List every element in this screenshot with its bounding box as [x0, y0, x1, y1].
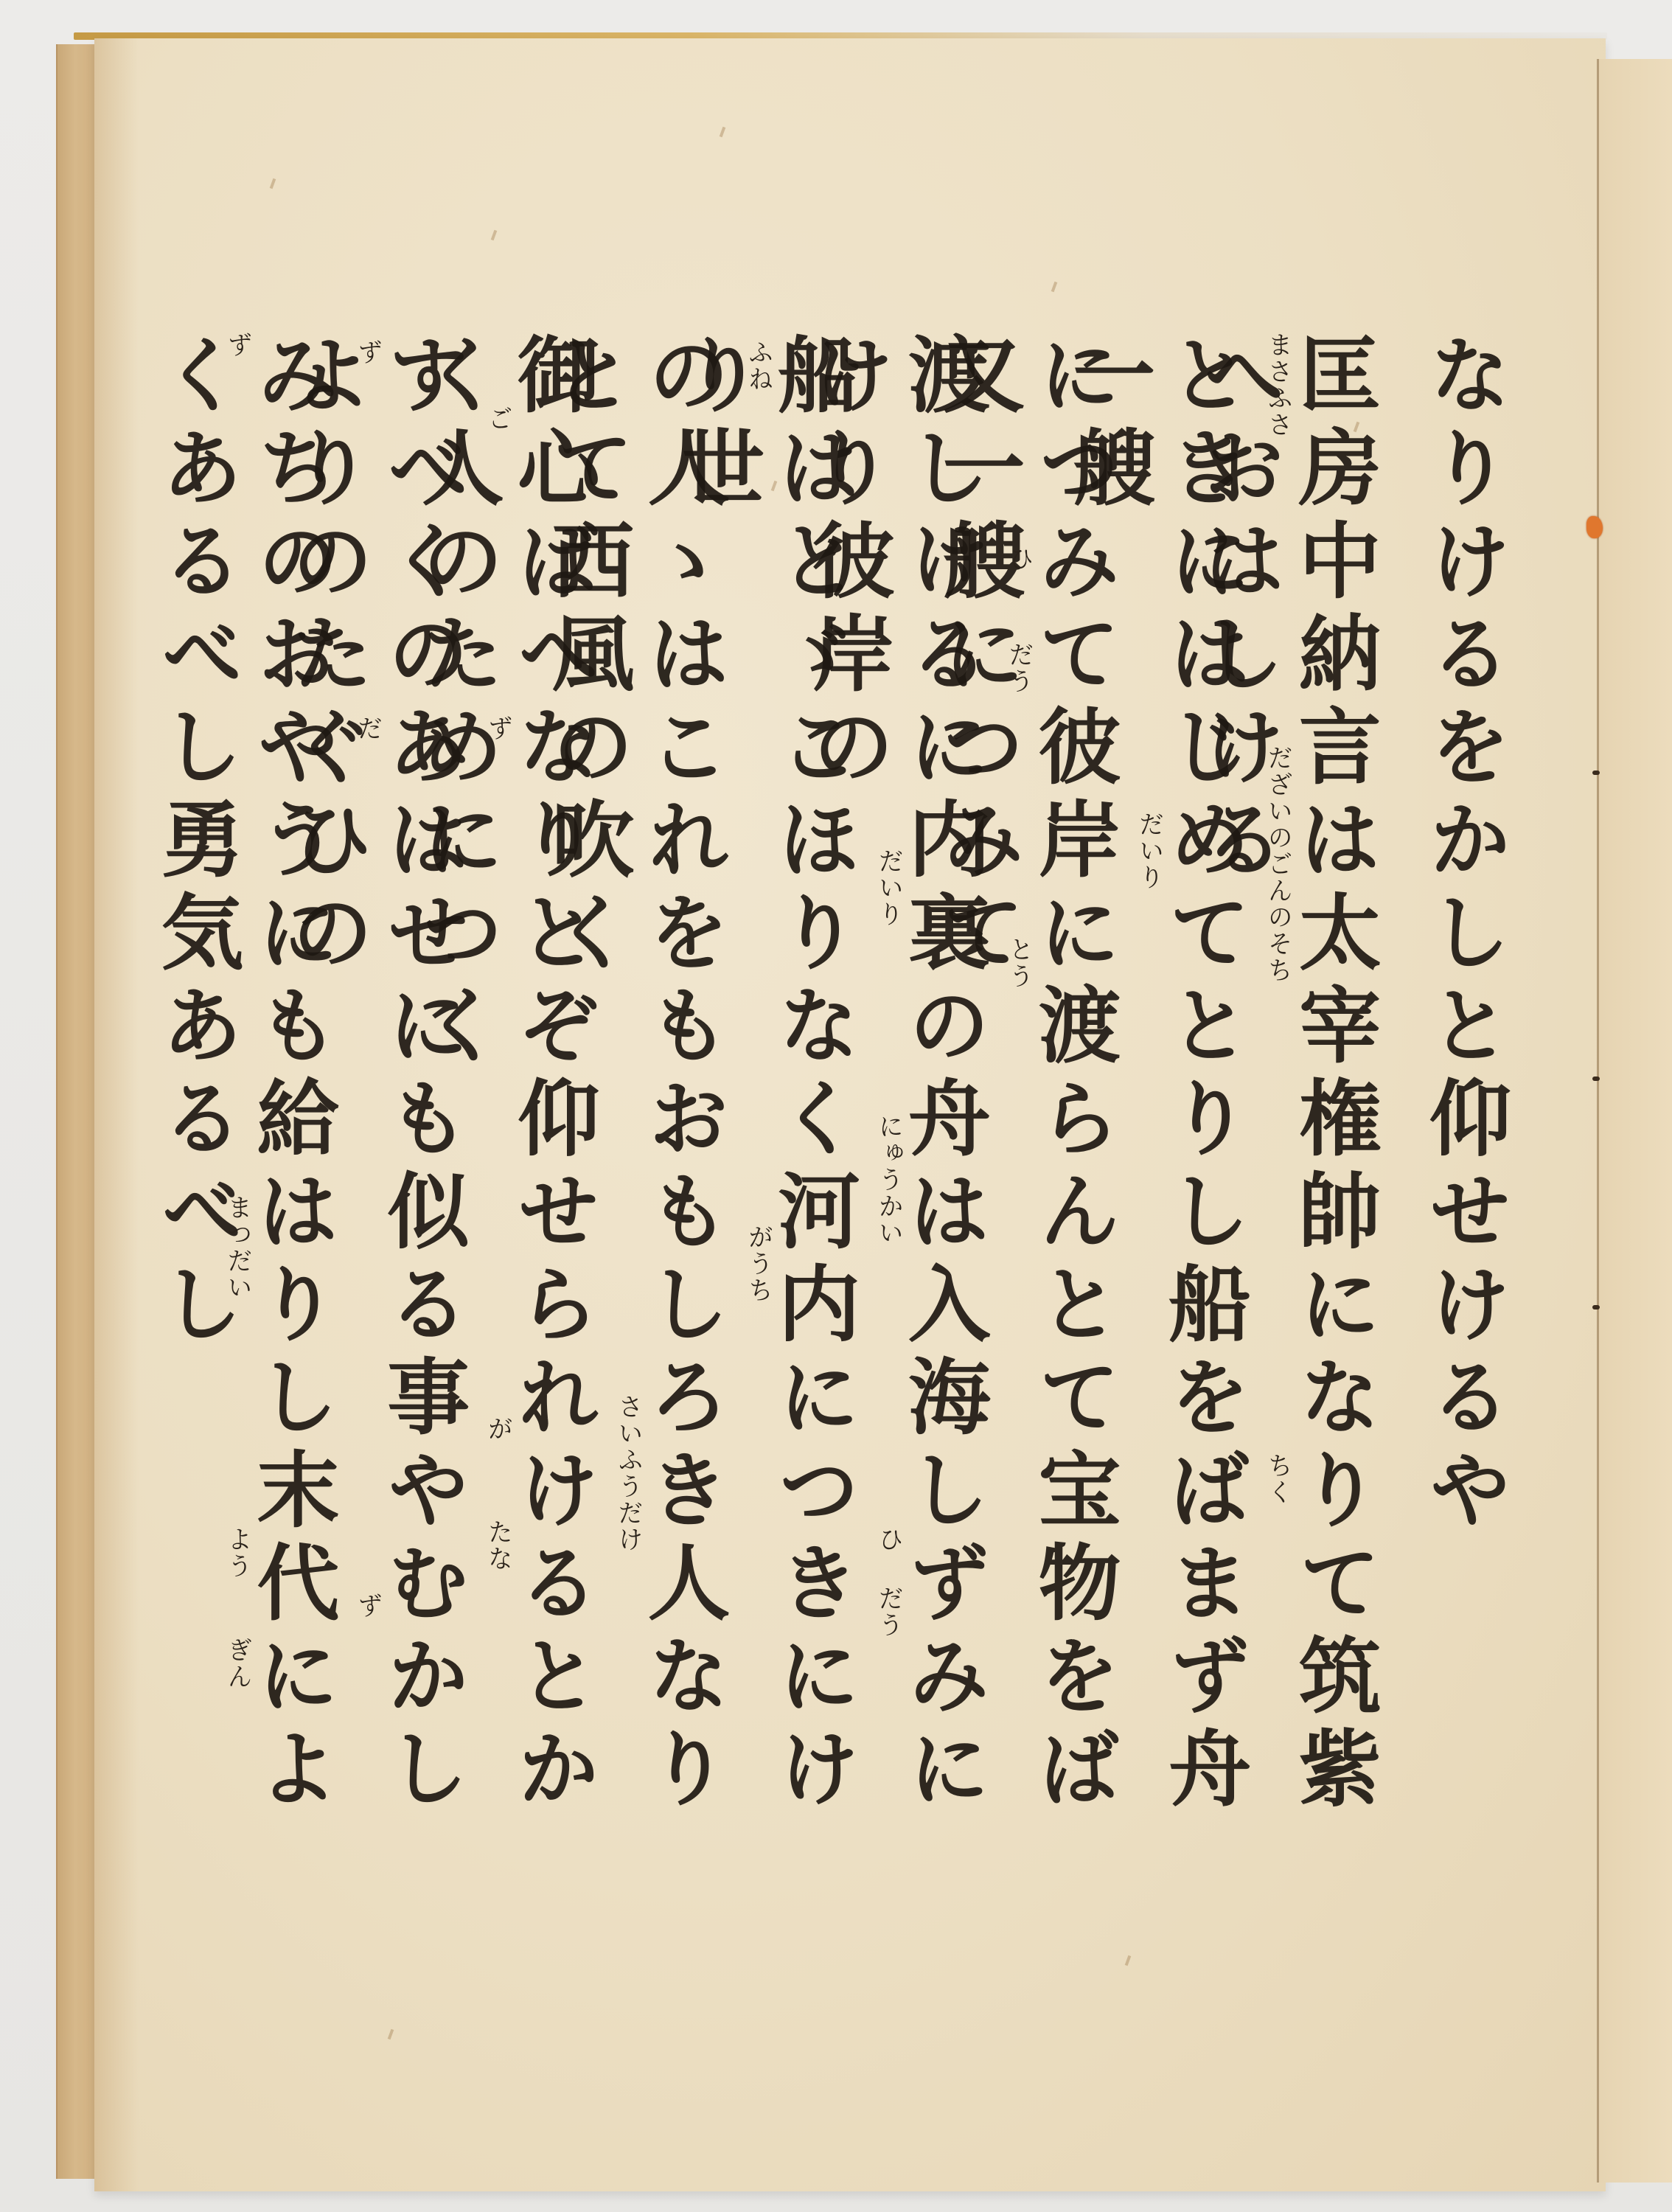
furigana-annotation: だざいのごんのそち — [1264, 745, 1291, 984]
text-column-10: みちのおやうにも給はりし末代によくあるべし勇気あるべし ず まつだい よう ぎん — [243, 332, 339, 1821]
furigana-annotation: だいり — [1136, 811, 1163, 891]
furigana-annotation: ちく — [1264, 1453, 1291, 1506]
binding-stitch — [1592, 771, 1600, 775]
furigana-annotation: だう — [1006, 641, 1032, 695]
furigana-annotation: ひ — [875, 1526, 902, 1553]
furigana-annotation: まつだい — [224, 1194, 251, 1301]
furigana-annotation: ふね — [745, 339, 772, 392]
furigana-annotation: ご — [484, 406, 511, 432]
furigana-annotation: たな — [484, 1519, 511, 1572]
binding-stitch — [1592, 1077, 1600, 1081]
text-column-5: 渡しけるに内裏の舟は入海しずみにけり彼岸の だいり にゅうかい ひ だう — [894, 332, 990, 1821]
paper-fleck — [720, 127, 726, 138]
furigana-annotation: ひ — [1006, 546, 1032, 572]
furigana-annotation: が — [484, 1416, 511, 1442]
column-main-text: なりけるをかしと仰せけるや — [1415, 332, 1511, 1821]
text-column-6: 船はとゞこほりなく河内につきにけり世 ふね がうち — [764, 332, 860, 1821]
binding-stitch — [1592, 1305, 1600, 1310]
photograph-background: なりけるをかしと仰せけるや 匡房中納言は太宰権帥になりて筑紫へおはしける まさふ… — [0, 0, 1672, 2212]
furigana-annotation: にゅうかい — [875, 1113, 902, 1246]
text-column-8: 御心ばへなりとぞ仰せられけるとかく人のためにつく ご ず が たな — [504, 332, 599, 1821]
text-column-4: につみて彼岸に渡らんとて宝物をば又一艘につみて ひ だう とう — [1025, 332, 1121, 1821]
furigana-annotation: ぎん — [224, 1637, 251, 1690]
furigana-annotation: ず — [224, 332, 251, 358]
furigana-annotation: がうち — [745, 1224, 772, 1304]
text-column-3: ときにはじめてとりし船をばまず舟一艘 だいり — [1155, 332, 1251, 1821]
manuscript-text-block: なりけるをかしと仰せけるや 匡房中納言は太宰権帥になりて筑紫へおはしける まさふ… — [243, 332, 1511, 1821]
paper-fleck — [491, 230, 498, 241]
text-column-9: すべくのあはせにも似る事やむかしよりのたぐひの ず だ ず — [374, 332, 470, 1821]
facing-page-edge — [1599, 59, 1672, 2183]
paper-fleck — [1125, 1955, 1132, 1966]
text-column-7: の人ゝはこれをもおもしろき人なりとて西風の吹く さいふうだけ — [634, 332, 730, 1821]
binding-thread-knot — [1586, 516, 1603, 538]
column-main-text: みちのおやうにも給はりし末代によくあるべし勇気あるべし — [147, 332, 339, 1821]
paper-fleck — [1051, 282, 1058, 293]
page-edge-shadow — [94, 38, 139, 2191]
furigana-annotation: だいり — [875, 848, 902, 928]
furigana-annotation: だう — [875, 1585, 902, 1638]
furigana-annotation: さいふうだけ — [615, 1394, 641, 1553]
paper-fleck — [270, 178, 276, 189]
furigana-annotation: ず — [355, 1593, 381, 1619]
furigana-annotation: まさふさ — [1264, 332, 1291, 438]
furigana-annotation: ず — [355, 339, 381, 366]
text-column-2: 匡房中納言は太宰権帥になりて筑紫へおはしける まさふさ だざいのごんのそち ちく — [1285, 332, 1381, 1821]
furigana-annotation: よう — [224, 1526, 251, 1579]
paper-fleck — [388, 2029, 394, 2040]
furigana-annotation: だ — [355, 715, 381, 742]
furigana-annotation: ず — [484, 715, 511, 742]
text-column-1: なりけるをかしと仰せけるや — [1415, 332, 1511, 1821]
furigana-annotation: とう — [1006, 936, 1032, 990]
